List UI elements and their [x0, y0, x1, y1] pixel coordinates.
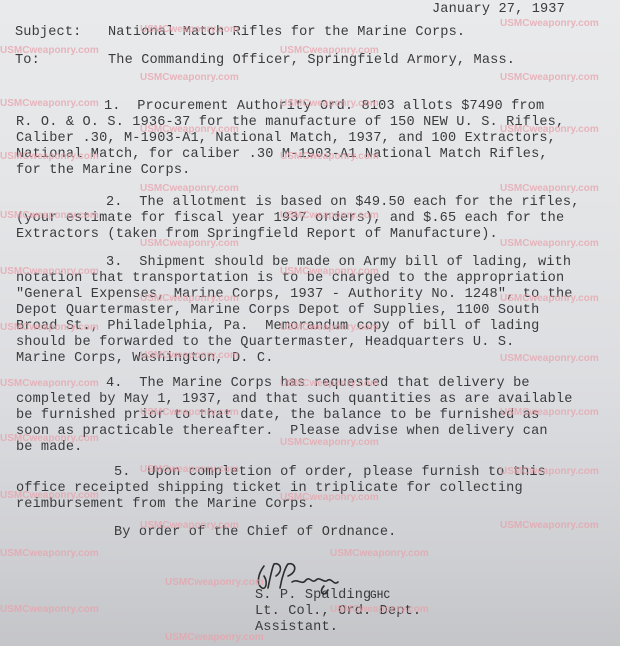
watermark: USMCweaponry.com — [140, 350, 239, 361]
watermark: USMCweaponry.com — [280, 210, 379, 221]
para-2-line: 2. The allotment is based on $49.50 each… — [106, 195, 580, 211]
watermark: USMCweaponry.com — [280, 437, 379, 448]
para-3-line: Depot Quartermaster, Marine Corps Depot … — [16, 303, 539, 319]
watermark: USMCweaponry.com — [500, 18, 599, 29]
watermark: USMCweaponry.com — [280, 492, 379, 503]
watermark: USMCweaponry.com — [140, 183, 239, 194]
watermark: USMCweaponry.com — [140, 124, 239, 135]
watermark: USMCweaponry.com — [280, 98, 379, 109]
watermark: USMCweaponry.com — [0, 151, 99, 162]
watermark: USMCweaponry.com — [140, 520, 239, 531]
watermark: USMCweaponry.com — [500, 520, 599, 531]
watermark: USMCweaponry.com — [280, 266, 379, 277]
watermark: USMCweaponry.com — [500, 466, 599, 477]
signer-name: S. P. Spalding — [255, 588, 371, 604]
para-1-line: for the Marine Corps. — [16, 163, 190, 179]
para-3-line: "General Expenses, Marine Corps, 1937 - … — [16, 287, 573, 303]
para-1-line: R. O. & O. S. 1936-37 for the manufactur… — [16, 115, 564, 131]
watermark: USMCweaponry.com — [0, 210, 99, 221]
watermark: USMCweaponry.com — [280, 45, 379, 56]
watermark: USMCweaponry.com — [500, 407, 599, 418]
watermark: USMCweaponry.com — [280, 378, 379, 389]
watermark: USMCweaponry.com — [165, 632, 264, 643]
watermark: USMCweaponry.com — [165, 577, 264, 588]
watermark: USMCweaponry.com — [0, 45, 99, 56]
watermark: USMCweaponry.com — [330, 604, 429, 615]
watermark: USMCweaponry.com — [280, 322, 379, 333]
watermark: USMCweaponry.com — [0, 266, 99, 277]
watermark: USMCweaponry.com — [140, 464, 239, 475]
watermark: USMCweaponry.com — [0, 604, 99, 615]
watermark: USMCweaponry.com — [500, 353, 599, 364]
watermark: USMCweaponry.com — [280, 151, 379, 162]
para-4-line: be furnished prior to that date, the bal… — [16, 408, 539, 424]
typist-initials: GHC — [370, 588, 390, 604]
subject-label: Subject: — [15, 25, 81, 41]
letter-page: January 27, 1937 Subject: National Match… — [0, 0, 620, 646]
watermark: USMCweaponry.com — [0, 98, 99, 109]
watermark: USMCweaponry.com — [0, 378, 99, 389]
watermark: USMCweaponry.com — [500, 293, 599, 304]
watermark: USMCweaponry.com — [0, 490, 99, 501]
watermark: USMCweaponry.com — [500, 72, 599, 83]
watermark: USMCweaponry.com — [140, 293, 239, 304]
watermark: USMCweaponry.com — [500, 183, 599, 194]
signer-role: Assistant. — [255, 620, 338, 636]
watermark: USMCweaponry.com — [0, 433, 99, 444]
watermark: USMCweaponry.com — [500, 238, 599, 249]
watermark: USMCweaponry.com — [140, 407, 239, 418]
watermark: USMCweaponry.com — [140, 72, 239, 83]
para-3-line: should be forwarded to the Quartermaster… — [16, 335, 514, 351]
para-4-line: completed by May 1, 1937, and that such … — [16, 392, 573, 408]
watermark: USMCweaponry.com — [0, 548, 99, 559]
letter-date: January 27, 1937 — [432, 2, 565, 18]
para-1-line: Caliber .30, M-1903-A1, National Match, … — [16, 131, 556, 147]
watermark: USMCweaponry.com — [140, 24, 239, 35]
para-2-line: Extractors (taken from Springfield Repor… — [16, 227, 498, 243]
watermark: USMCweaponry.com — [0, 322, 99, 333]
watermark: USMCweaponry.com — [140, 238, 239, 249]
watermark: USMCweaponry.com — [500, 124, 599, 135]
watermark: USMCweaponry.com — [330, 548, 429, 559]
